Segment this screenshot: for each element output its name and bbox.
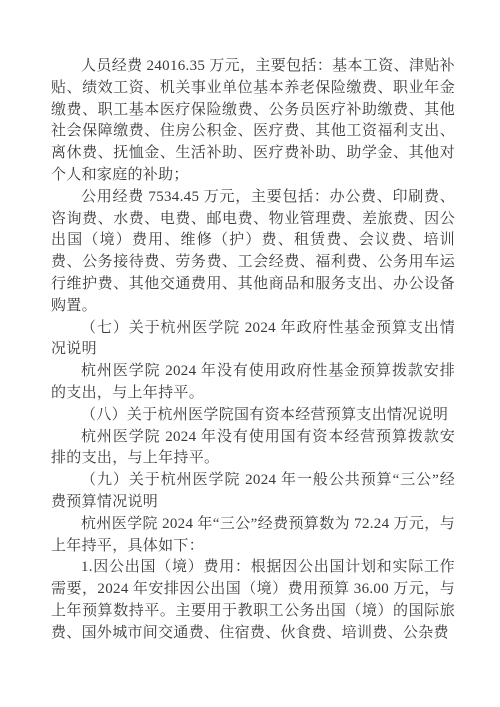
section-8-body: 杭州医学院 2024 年没有使用国有资本经营预算拨款安排的支出，与上年持平。 <box>51 427 455 471</box>
section-7-body: 杭州医学院 2024 年没有使用政府性基金预算拨款安排的支出，与上年持平。 <box>51 361 455 405</box>
section-8-heading: （八）关于杭州医学院国有资本经营预算支出情况说明 <box>51 405 455 427</box>
personnel-expenses-paragraph: 人员经费 24016.35 万元，主要包括：基本工资、津贴补贴、绩效工资、机关事… <box>51 56 455 187</box>
document-page: 人员经费 24016.35 万元，主要包括：基本工资、津贴补贴、绩效工资、机关事… <box>0 0 500 707</box>
item-1-abroad-expenses: 1.因公出国（境）费用：根据因公出国计划和实际工作需要，2024 年安排因公出国… <box>51 557 455 644</box>
section-9-heading: （九）关于杭州医学院 2024 年一般公共预算“三公”经费预算情况说明 <box>51 470 455 514</box>
public-expenses-paragraph: 公用经费 7534.45 万元，主要包括：办公费、印刷费、咨询费、水费、电费、邮… <box>51 187 455 318</box>
section-7-heading: （七）关于杭州医学院 2024 年政府性基金预算支出情况说明 <box>51 318 455 362</box>
section-9-body: 杭州医学院 2024 年“三公”经费预算数为 72.24 万元，与上年持平，具体… <box>51 514 455 558</box>
